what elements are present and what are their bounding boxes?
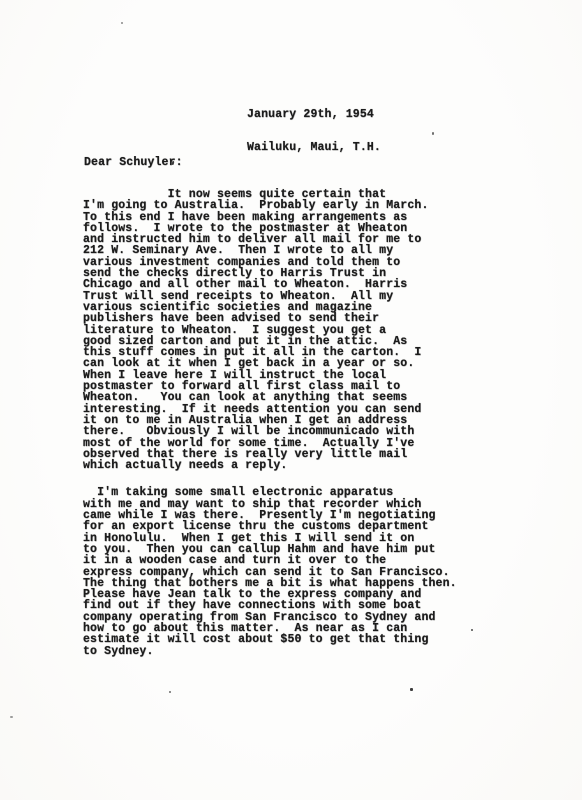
text-line: estimate it will cost about $50 to get t… — [83, 634, 457, 645]
text-line: I'm going to Australia. Probably early i… — [83, 200, 457, 211]
date-line: January 29th, 1954 — [247, 109, 381, 120]
text-line: find out if they have connections with s… — [83, 600, 457, 611]
text-line: to Sydney. — [83, 646, 457, 657]
date-block: January 29th, 1954 Wailuku, Maui, T.H. — [247, 86, 381, 176]
text-line: it in a wooden case and turn it over to … — [83, 555, 457, 566]
scan-speck — [432, 132, 434, 135]
scan-speck — [121, 22, 123, 24]
scan-speck — [410, 688, 413, 691]
paragraph: I'm taking some small electronic apparat… — [83, 487, 457, 656]
paragraph: It now seems quite certain thatI'm going… — [83, 189, 457, 471]
scan-speck — [10, 716, 13, 718]
text-line: which actually needs a reply. — [83, 460, 457, 471]
letter-page: January 29th, 1954 Wailuku, Maui, T.H. D… — [0, 0, 582, 800]
text-line: publishers have been advised to send the… — [83, 313, 457, 324]
text-line: Chicago and all other mail to Wheaton. H… — [83, 279, 457, 290]
text-line: there. Obviously I will be incommunicado… — [83, 426, 457, 437]
scan-speck — [471, 629, 473, 631]
salutation: Dear Schuyler: — [84, 157, 183, 168]
letter-body: It now seems quite certain thatI'm going… — [83, 189, 457, 673]
text-line: for an export license thru the customs d… — [83, 521, 457, 532]
scan-speck — [169, 691, 171, 693]
place-line: Wailuku, Maui, T.H. — [247, 142, 381, 153]
text-line: Wheaton. You can look at anything that s… — [83, 392, 457, 403]
